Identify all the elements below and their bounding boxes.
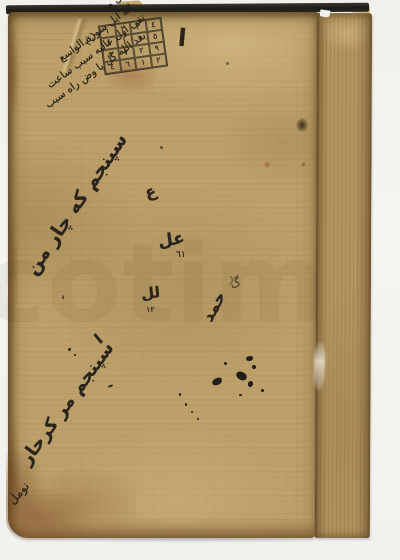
magic-square-cell: ١ <box>135 56 152 70</box>
ink-dot <box>185 403 187 406</box>
ink-dot <box>160 146 163 149</box>
ink-dot <box>197 418 199 420</box>
manuscript-photo: cotim ١ ٢ ٣ ٤ ٨ ١ ٦ ٥ ٣ ٧ ٢ ٩ ٤ ٦ ١ ٢ ٢٤… <box>0 0 400 560</box>
ink-splatter <box>224 362 227 365</box>
ink-dot <box>191 411 193 413</box>
ink-splatter <box>252 365 256 369</box>
ink-dot <box>68 348 71 351</box>
ink-dot <box>226 62 229 65</box>
pen-trial-numerals: ١٢ <box>146 305 155 314</box>
spine-torn-notch <box>320 9 331 17</box>
ink-dot <box>74 354 76 356</box>
magic-square-cell: ٢ <box>150 54 167 68</box>
pen-trial-glyph: لل <box>140 283 161 303</box>
binding-spine-strip <box>315 13 372 538</box>
ink-splatter <box>261 389 264 392</box>
ink-splatter <box>239 394 242 396</box>
pen-trial-numerals: ٦١ <box>176 250 186 260</box>
pen-trial-glyph: عل <box>157 228 186 252</box>
ink-dot <box>179 393 181 396</box>
